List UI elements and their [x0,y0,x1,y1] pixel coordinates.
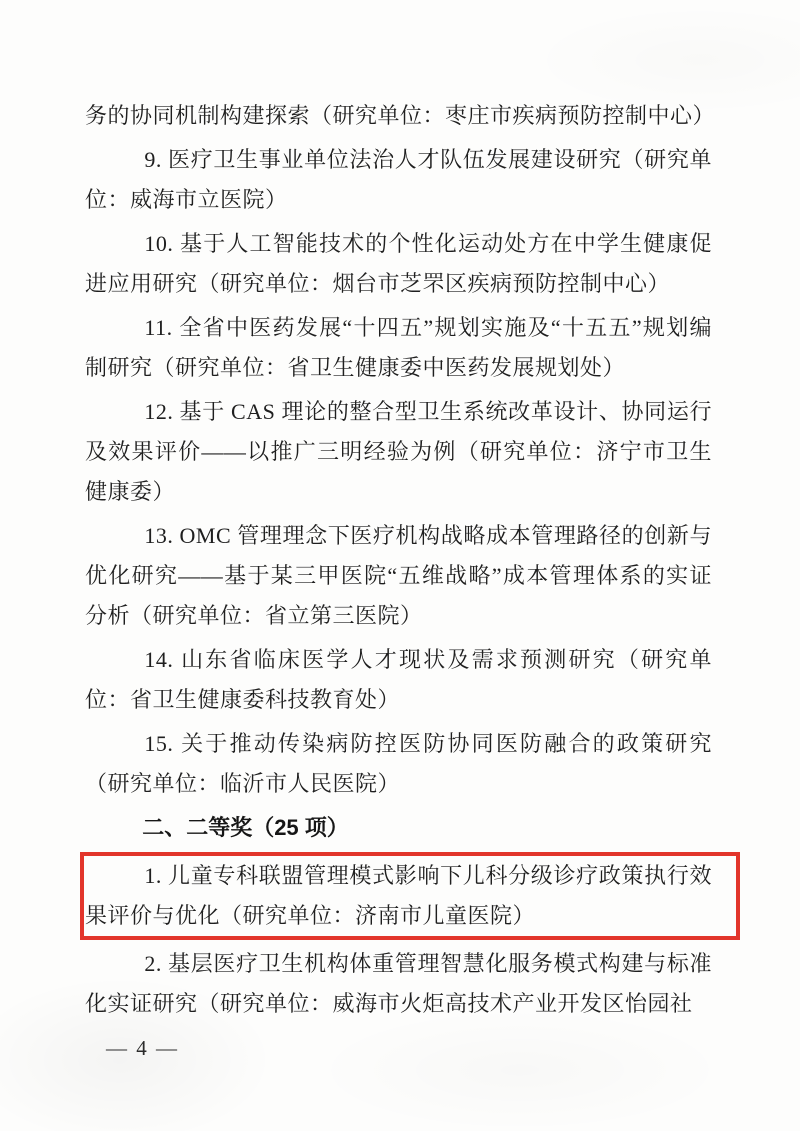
section-heading-second-prize: 二、二等奖（25 项） [85,808,712,848]
award-item-10: 10. 基于人工智能技术的个性化运动处方在中学生健康促进应用研究（研究单位：烟台… [85,224,712,304]
award-item-14: 14. 山东省临床医学人才现状及需求预测研究（研究单位：省卫生健康委科技教育处） [85,640,712,720]
award-item-11: 11. 全省中医药发展“十四五”规划实施及“十五五”规划编制研究（研究单位：省卫… [85,308,712,388]
award-item-15: 15. 关于推动传染病防控医防协同医防融合的政策研究（研究单位：临沂市人民医院） [85,724,712,804]
page-number-footer: — 4 — [106,1036,179,1061]
award-item-13: 13. OMC 管理理念下医疗机构战略成本管理路径的创新与优化研究——基于某三甲… [85,516,712,636]
scanned-document-page: 务的协同机制构建探索（研究单位：枣庄市疾病预防控制中心） 9. 医疗卫生事业单位… [0,0,800,1131]
document-body: 务的协同机制构建探索（研究单位：枣庄市疾病预防控制中心） 9. 医疗卫生事业单位… [85,96,712,1028]
award-item-second-prize-1-highlighted: 1. 儿童专科联盟管理模式影响下儿科分级诊疗政策执行效果评价与优化（研究单位：济… [85,856,712,936]
award-item-9: 9. 医疗卫生事业单位法治人才队伍发展建设研究（研究单位：威海市立医院） [85,140,712,220]
award-item-12: 12. 基于 CAS 理论的整合型卫生系统改革设计、协同运行及效果评价——以推广… [85,392,712,512]
red-highlight-box: 1. 儿童专科联盟管理模式影响下儿科分级诊疗政策执行效果评价与优化（研究单位：济… [80,852,740,940]
paragraph-item8-continuation: 务的协同机制构建探索（研究单位：枣庄市疾病预防控制中心） [85,96,712,136]
award-item-second-prize-2: 2. 基层医疗卫生机构体重管理智慧化服务模式构建与标准化实证研究（研究单位：威海… [85,944,712,1024]
